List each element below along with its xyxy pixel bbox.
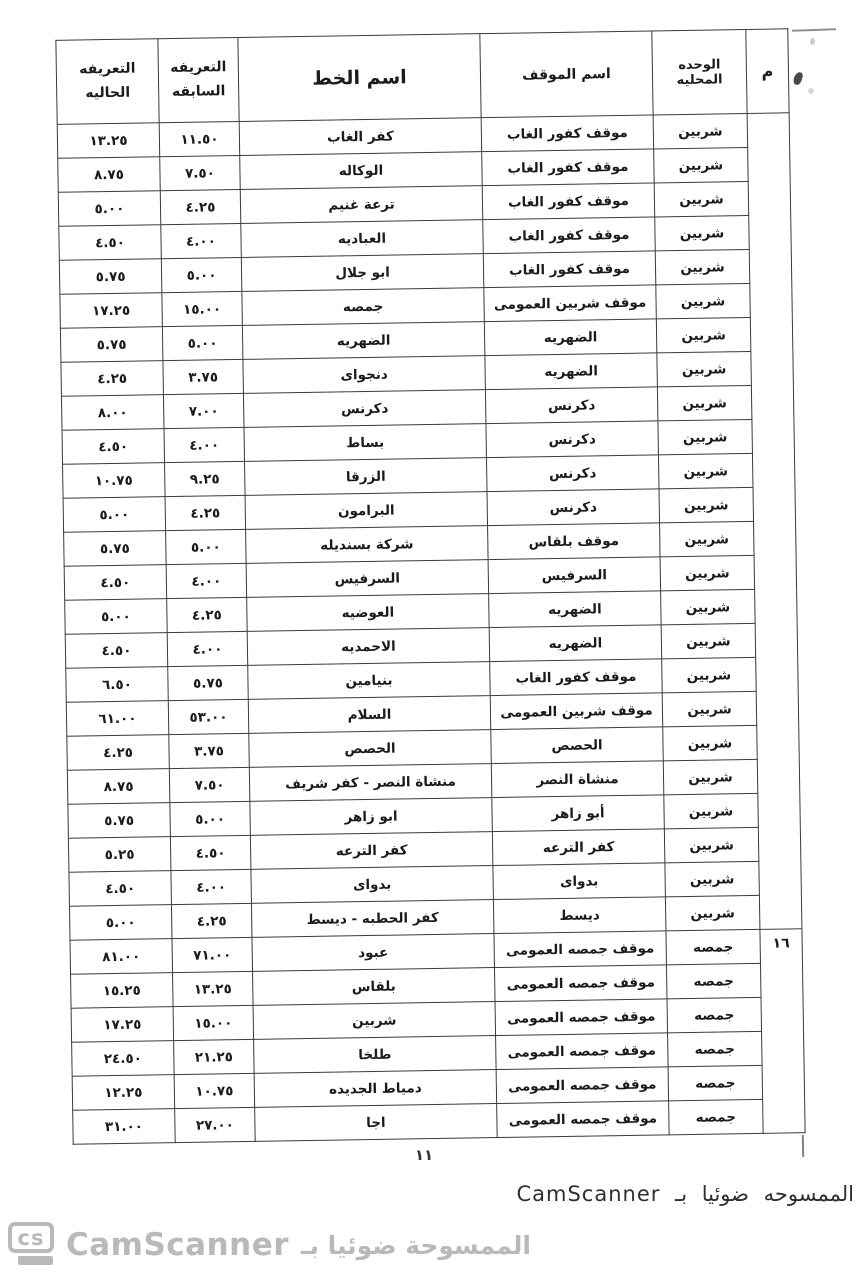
stop-name-cell: الضهريه [489,591,662,628]
fare-table: م الوحده المحليه اسم الموقف اسم الخط الت… [55,28,805,1144]
current-tariff-cell: ٥.٠٠ [69,905,172,941]
line-name-cell: شركة بسنديله [246,526,489,564]
current-tariff-cell: ١٥.٢٥ [71,973,174,1009]
scan-artifact-top-line [792,28,836,32]
header-previous-tariff: التعريفه السابقه [158,37,239,122]
previous-tariff-cell: ١٠.٧٥ [174,1073,255,1108]
stop-name-cell: موقف جمصه العمومى [494,965,667,1002]
current-tariff-cell: ٤.٥٠ [65,633,168,669]
stop-name-cell: موقف كفور الغاب [481,115,654,152]
local-unit-cell: شربين [654,181,749,216]
current-tariff-cell: ٥.٧٥ [60,327,163,363]
current-tariff-cell: ٤.٥٠ [59,225,162,261]
stop-name-cell: منشاة النصر [491,761,664,798]
current-tariff-cell: ٥.٠٠ [58,191,161,227]
stop-name-cell: الحصص [491,727,664,764]
line-name-cell: البرامون [245,492,488,530]
line-name-cell: ترعة غنيم [240,186,483,224]
previous-tariff-cell: ٤.٠٠ [167,631,248,666]
table-header-row: م الوحده المحليه اسم الموقف اسم الخط الت… [56,29,789,124]
previous-tariff-cell: ٤.٠٠ [161,223,242,258]
line-name-cell: كفر الحطبه - ديسط [251,900,494,938]
page-number: ١١ [404,1146,444,1164]
stop-name-cell: دكرنس [487,489,660,526]
current-tariff-cell: ٥.٠٠ [65,599,168,635]
previous-tariff-cell: ٤.٢٥ [167,597,248,632]
line-name-cell: دكرنس [243,390,486,428]
current-tariff-cell: ١٢.٢٥ [72,1075,175,1111]
stop-name-cell: موقف بلقاس [488,523,661,560]
line-name-cell: منشاة النصر - كفر شريف [249,764,492,802]
watermark-arabic-text: الممسوحة ضوئيا بـ [301,1222,531,1270]
line-name-cell: الزرقا [245,458,488,496]
stop-name-cell: السرفيس [488,557,661,594]
current-tariff-cell: ٢٤.٥٠ [72,1041,175,1077]
local-unit-cell: شربين [657,385,752,420]
stop-name-cell: الضهريه [489,625,662,662]
serial-cell: ١٦ [760,929,805,1134]
current-tariff-cell: ٤.٥٠ [64,565,167,601]
local-unit-cell: شربين [665,861,760,896]
camscanner-watermark: cs CamScanner الممسوحة ضوئيا بـ [8,1222,531,1270]
local-unit-cell: شربين [664,793,759,828]
scan-artifact-speck [810,38,815,45]
line-name-cell: العباديه [241,220,484,258]
line-name-cell: السرفيس [246,560,489,598]
line-name-cell: الوكاله [240,152,483,190]
current-tariff-cell: ٥.٢٥ [68,837,171,873]
line-name-cell: كفر الترعه [250,832,493,870]
camscanner-logo-icon: cs [8,1222,54,1265]
line-name-cell: ابو زاهر [250,798,493,836]
stop-name-cell: موقف كفور الغاب [483,251,656,288]
header-line-name: اسم الخط [238,34,481,122]
line-name-cell: دمياط الجديده [254,1070,497,1108]
local-unit-cell: جمصه [668,1065,763,1100]
camscanner-logo-box: cs [8,1222,54,1253]
line-name-cell: الاحمديه [247,628,490,666]
camscanner-brand-text: CamScanner [66,1222,289,1268]
scan-artifact-right-line [802,1135,804,1157]
previous-tariff-cell: ١١.٥٠ [159,121,240,156]
stop-name-cell: موقف كفور الغاب [483,217,656,254]
stop-name-cell: دكرنس [486,455,659,492]
line-name-cell: اجا [255,1104,498,1142]
previous-tariff-cell: ١٣.٢٥ [173,971,254,1006]
line-name-cell: الضهريه [242,322,485,360]
previous-tariff-cell: ٥.٧٥ [168,665,249,700]
line-name-cell: بلقاس [253,968,496,1006]
local-unit-cell: شربين [661,589,756,624]
local-unit-cell: جمصه [666,929,761,964]
stop-name-cell: دكرنس [485,387,658,424]
current-tariff-cell: ١٠.٧٥ [63,463,166,499]
line-name-cell: الحصص [249,730,492,768]
header-local-unit: الوحده المحليه [652,29,747,114]
current-tariff-cell: ٥.٧٥ [68,803,171,839]
previous-tariff-cell: ٤.٠٠ [164,427,245,462]
line-name-cell: ابو جلال [241,254,484,292]
current-tariff-cell: ٦.٥٠ [66,667,169,703]
previous-tariff-cell: ٧.٥٠ [169,767,250,802]
previous-tariff-cell: ٧١.٠٠ [172,937,253,972]
current-tariff-cell: ٨.٧٥ [58,157,161,193]
previous-tariff-cell: ٥٣.٠٠ [168,699,249,734]
current-tariff-cell: ٦١.٠٠ [66,701,169,737]
current-tariff-cell: ٥.٧٥ [64,531,167,567]
local-unit-cell: شربين [658,453,753,488]
local-unit-cell: جمصه [669,1099,764,1134]
previous-tariff-cell: ٩.٢٥ [165,461,246,496]
stop-name-cell: ديسط [493,897,666,934]
scan-artifact-speck [808,88,814,94]
current-tariff-cell: ٥.٧٥ [59,259,162,295]
scanned-page: م الوحده المحليه اسم الموقف اسم الخط الت… [0,0,864,1280]
local-unit-cell: شربين [661,623,756,658]
current-tariff-cell: ١٣.٢٥ [57,123,160,159]
current-tariff-cell: ٣١.٠٠ [73,1109,176,1145]
stop-name-cell: موقف شربين العمومى [484,285,657,322]
previous-tariff-cell: ١٥.٠٠ [173,1005,254,1040]
current-tariff-cell: ٨١.٠٠ [70,939,173,975]
local-unit-cell: شربين [660,521,755,556]
line-name-cell: دنجواى [243,356,486,394]
handwritten-camscanner-note: الممسوحه ضوئيا بـ CamScanner [516,1182,854,1206]
line-name-cell: العوضيه [247,594,490,632]
stop-name-cell: موقف كفور الغاب [490,659,663,696]
previous-tariff-cell: ٧.٠٠ [163,393,244,428]
local-unit-cell: شربين [658,419,753,454]
local-unit-cell: شربين [663,725,758,760]
local-unit-cell: شربين [657,351,752,386]
local-unit-cell: شربين [655,215,750,250]
line-name-cell: شربين [253,1002,496,1040]
stop-name-cell: موقف جمصه العمومى [496,1033,669,1070]
line-name-cell: طلخا [254,1036,497,1074]
local-unit-cell: شربين [659,487,754,522]
current-tariff-cell: ٥.٠٠ [63,497,166,533]
header-serial: م [746,29,789,114]
local-unit-cell: جمصه [667,997,762,1032]
local-unit-cell: شربين [655,249,750,284]
previous-tariff-cell: ١٥.٠٠ [162,291,243,326]
current-tariff-cell: ٤.٢٥ [67,735,170,771]
current-tariff-cell: ٤.٥٠ [69,871,172,907]
stop-name-cell: موقف كفور الغاب [482,149,655,186]
stop-name-cell: موقف جمصه العمومى [496,1067,669,1104]
current-tariff-cell: ١٧.٢٥ [71,1007,174,1043]
header-current-tariff: التعريفه الحاليه [56,39,159,125]
camscanner-logo-base [18,1256,53,1265]
stop-name-cell: الضهريه [484,319,657,356]
previous-tariff-cell: ٣.٧٥ [163,359,244,394]
previous-tariff-cell: ٣.٧٥ [169,733,250,768]
header-stop-name: اسم الموقف [480,31,653,118]
previous-tariff-cell: ٤.٢٥ [171,903,252,938]
local-unit-cell: شربين [662,657,757,692]
local-unit-cell: جمصه [668,1031,763,1066]
current-tariff-cell: ١٧.٢٥ [60,293,163,329]
previous-tariff-cell: ٤.٢٥ [165,495,246,530]
line-name-cell: السلام [248,696,491,734]
previous-tariff-cell: ٤.٠٠ [166,563,247,598]
current-tariff-cell: ٨.٠٠ [61,395,164,431]
previous-tariff-cell: ٤.٢٥ [160,189,241,224]
stop-name-cell: موقف جمصه العمومى [497,1101,670,1138]
previous-tariff-cell: ٤.٥٠ [170,835,251,870]
stop-name-cell: موقف جمصه العمومى [495,999,668,1036]
stop-name-cell: كفر الترعه [492,829,665,866]
stop-name-cell: الضهريه [485,353,658,390]
previous-tariff-cell: ٢٧.٠٠ [175,1107,256,1142]
scan-artifact-ink-blot [792,71,804,86]
line-name-cell: جمصه [242,288,485,326]
previous-tariff-cell: ٥.٠٠ [162,325,243,360]
previous-tariff-cell: ٥.٠٠ [170,801,251,836]
local-unit-cell: شربين [662,691,757,726]
stop-name-cell: موقف شربين العمومى [490,693,663,730]
local-unit-cell: شربين [656,283,751,318]
current-tariff-cell: ٤.٥٠ [62,429,165,465]
current-tariff-cell: ٤.٢٥ [61,361,164,397]
current-tariff-cell: ٨.٧٥ [67,769,170,805]
previous-tariff-cell: ٥.٠٠ [161,257,242,292]
previous-tariff-cell: ٢١.٢٥ [174,1039,255,1074]
stop-name-cell: موقف جمصه العمومى [494,931,667,968]
local-unit-cell: شربين [656,317,751,352]
stop-name-cell: أبو زاهر [492,795,665,832]
local-unit-cell: شربين [663,759,758,794]
previous-tariff-cell: ٤.٠٠ [171,869,252,904]
stop-name-cell: موقف كفور الغاب [482,183,655,220]
line-name-cell: عبود [252,934,495,972]
local-unit-cell: شربين [665,895,760,930]
local-unit-cell: شربين [660,555,755,590]
line-name-cell: بنيامين [248,662,491,700]
line-name-cell: بدواى [251,866,494,904]
local-unit-cell: جمصه [666,963,761,998]
stop-name-cell: بدواى [493,863,666,900]
previous-tariff-cell: ٧.٥٠ [160,155,241,190]
line-name-cell: كفر الغاب [239,118,482,156]
previous-tariff-cell: ٥.٠٠ [166,529,247,564]
line-name-cell: بساط [244,424,487,462]
local-unit-cell: شربين [654,147,749,182]
local-unit-cell: شربين [653,113,748,148]
local-unit-cell: شربين [664,827,759,862]
stop-name-cell: دكرنس [486,421,659,458]
